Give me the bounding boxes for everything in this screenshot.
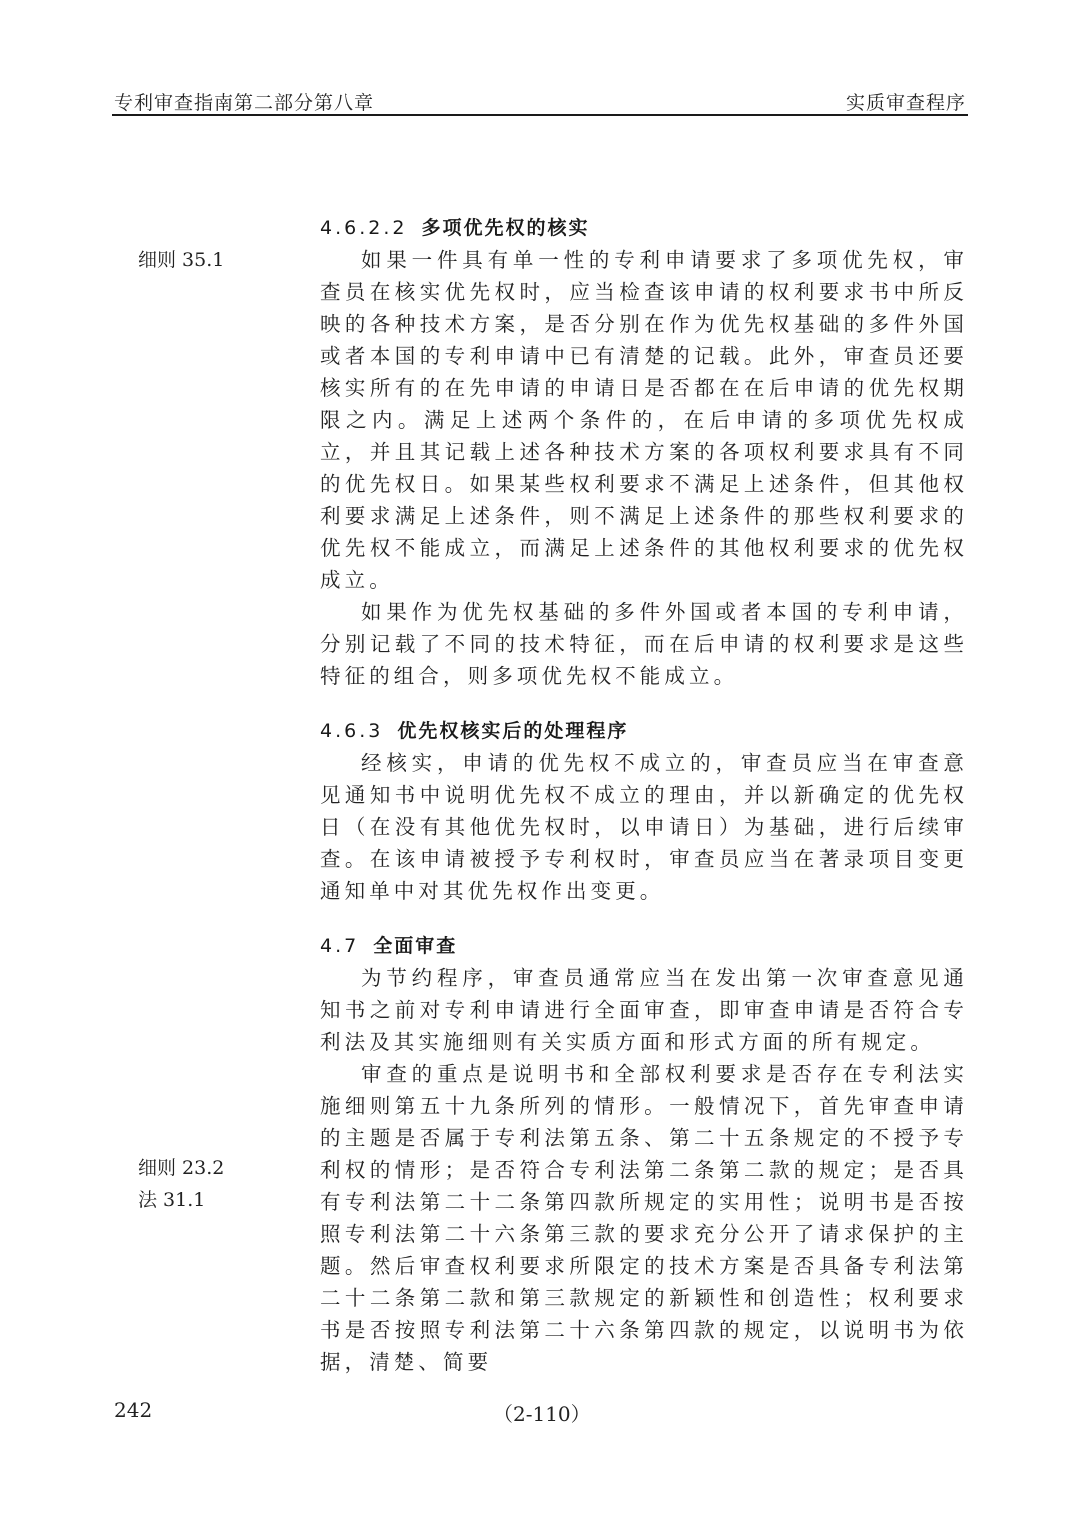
paragraph: 经核实，申请的优先权不成立的，审查员应当在审查意见通知书中说明优先权不成立的理由… <box>320 747 968 907</box>
section-heading: 4.6.2.2多项优先权的核实 <box>320 212 968 244</box>
section-number: 4.7 <box>320 935 359 957</box>
body-text: 4.6.2.2多项优先权的核实 如果一件具有单一性的专利申请要求了多项优先权，审… <box>320 212 968 1378</box>
section-title: 全面审查 <box>373 935 457 957</box>
header-chapter-title: 专利审查指南第二部分第八章 <box>114 88 374 115</box>
margin-note-rule-35-1: 细则 35.1 <box>138 244 224 276</box>
section-title: 多项优先权的核实 <box>421 217 589 239</box>
paragraph: 如果作为优先权基础的多件外国或者本国的专利申请，分别记载了不同的技术特征，而在后… <box>320 596 968 692</box>
section-heading: 4.7全面审查 <box>320 930 968 962</box>
page-number: 242 <box>114 1398 152 1422</box>
section-number: 4.6.2.2 <box>320 217 407 239</box>
section-heading: 4.6.3优先权核实后的处理程序 <box>320 715 968 747</box>
header-section-title: 实质审查程序 <box>846 88 966 115</box>
margin-note-rule-23-2: 细则 23.2 <box>138 1152 224 1184</box>
section-title: 优先权核实后的处理程序 <box>397 720 628 742</box>
section-page-code: （2-110） <box>493 1398 591 1427</box>
paragraph: 如果一件具有单一性的专利申请要求了多项优先权，审查员在核实优先权时，应当检查该申… <box>320 244 968 596</box>
paragraph: 审查的重点是说明书和全部权利要求是否存在专利法实施细则第五十九条所列的情形。一般… <box>320 1058 968 1378</box>
margin-note-law-31-1: 法 31.1 <box>138 1184 205 1216</box>
paragraph: 为节约程序，审查员通常应当在发出第一次审查意见通知书之前对专利申请进行全面审查，… <box>320 962 968 1058</box>
running-header: 专利审查指南第二部分第八章 实质审查程序 <box>112 84 968 116</box>
section-number: 4.6.3 <box>320 720 383 742</box>
